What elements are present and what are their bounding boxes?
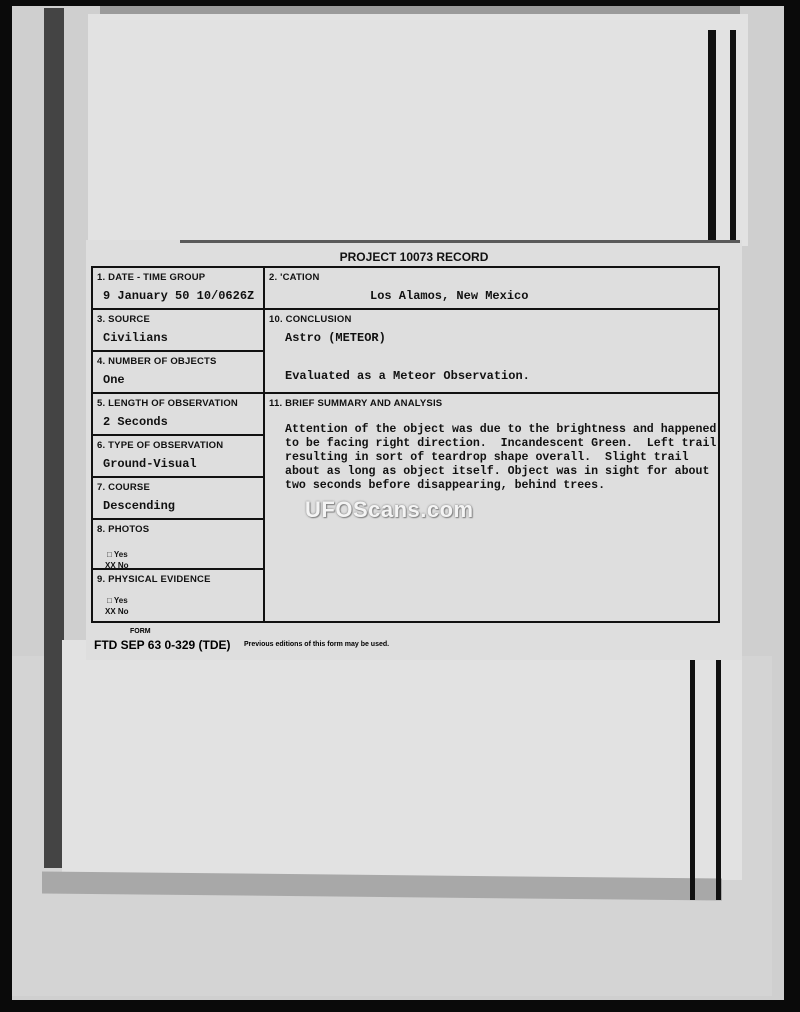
film-edge-bar [730, 30, 736, 242]
number-objects-label: 4. NUMBER OF OBJECTS [97, 356, 263, 367]
location-value: Los Alamos, New Mexico [370, 289, 718, 303]
form-left-column: 1. DATE - TIME GROUP 9 January 50 10/062… [93, 268, 265, 621]
type-cell: 6. TYPE OF OBSERVATION Ground-Visual [93, 436, 263, 478]
record-title: PROJECT 10073 RECORD [86, 250, 742, 264]
date-time-value: 9 January 50 10/0626Z [103, 289, 263, 303]
length-label: 5. LENGTH OF OBSERVATION [97, 398, 263, 409]
footer-note: Previous editions of this form may be us… [244, 641, 389, 648]
date-time-cell: 1. DATE - TIME GROUP 9 January 50 10/062… [93, 268, 263, 310]
record-form: 1. DATE - TIME GROUP 9 January 50 10/062… [91, 266, 720, 623]
date-time-label: 1. DATE - TIME GROUP [97, 272, 263, 283]
photos-yes-checkbox: □ Yes [107, 549, 263, 560]
course-value: Descending [103, 499, 263, 513]
physical-evidence-yes-checkbox: □ Yes [107, 595, 263, 606]
form-right-column: 2. 'CATION Los Alamos, New Mexico 10. CO… [265, 268, 718, 621]
physical-evidence-cell: 9. PHYSICAL EVIDENCE □ Yes XX No [93, 570, 263, 621]
film-edge-bar [708, 30, 716, 242]
scan-left-shadow [44, 8, 64, 868]
type-label: 6. TYPE OF OBSERVATION [97, 440, 263, 451]
page-lower-blank [62, 640, 742, 880]
watermark: UFOScans.com [305, 497, 474, 523]
conclusion-note: Evaluated as a Meteor Observation. [285, 369, 718, 383]
physical-evidence-no-checkbox: XX No [105, 606, 263, 617]
location-label: 2. 'CATION [269, 272, 718, 283]
number-objects-value: One [103, 373, 263, 387]
top-rule [180, 240, 740, 243]
film-edge-bar [690, 655, 695, 900]
form-footer: FORM FTD SEP 63 0-329 (TDE) Previous edi… [94, 628, 534, 658]
length-cell: 5. LENGTH OF OBSERVATION 2 Seconds [93, 394, 263, 436]
conclusion-label: 10. CONCLUSION [269, 314, 718, 325]
film-edge-bar [716, 655, 721, 900]
summary-label: 11. BRIEF SUMMARY AND ANALYSIS [269, 398, 718, 409]
footer-form-word: FORM [130, 628, 151, 635]
course-cell: 7. COURSE Descending [93, 478, 263, 520]
conclusion-cell: 10. CONCLUSION Astro (METEOR) Evaluated … [265, 310, 718, 394]
length-value: 2 Seconds [103, 415, 263, 429]
course-label: 7. COURSE [97, 482, 263, 493]
source-value: Civilians [103, 331, 263, 345]
film-edge-top [708, 30, 742, 242]
page-upper-blank [88, 14, 748, 246]
location-cell: 2. 'CATION Los Alamos, New Mexico [265, 268, 718, 310]
photos-label: 8. PHOTOS [97, 524, 263, 535]
number-objects-cell: 4. NUMBER OF OBJECTS One [93, 352, 263, 394]
footer-form-id: FTD SEP 63 0-329 (TDE) [94, 638, 231, 652]
summary-text: Attention of the object was due to the b… [285, 423, 718, 493]
source-label: 3. SOURCE [97, 314, 263, 325]
film-edge-bottom [690, 655, 726, 900]
conclusion-value: Astro (METEOR) [285, 331, 718, 345]
scan-top-shadow [100, 6, 740, 14]
type-value: Ground-Visual [103, 457, 263, 471]
source-cell: 3. SOURCE Civilians [93, 310, 263, 352]
photos-cell: 8. PHOTOS □ Yes XX No [93, 520, 263, 570]
physical-evidence-label: 9. PHYSICAL EVIDENCE [97, 574, 263, 585]
